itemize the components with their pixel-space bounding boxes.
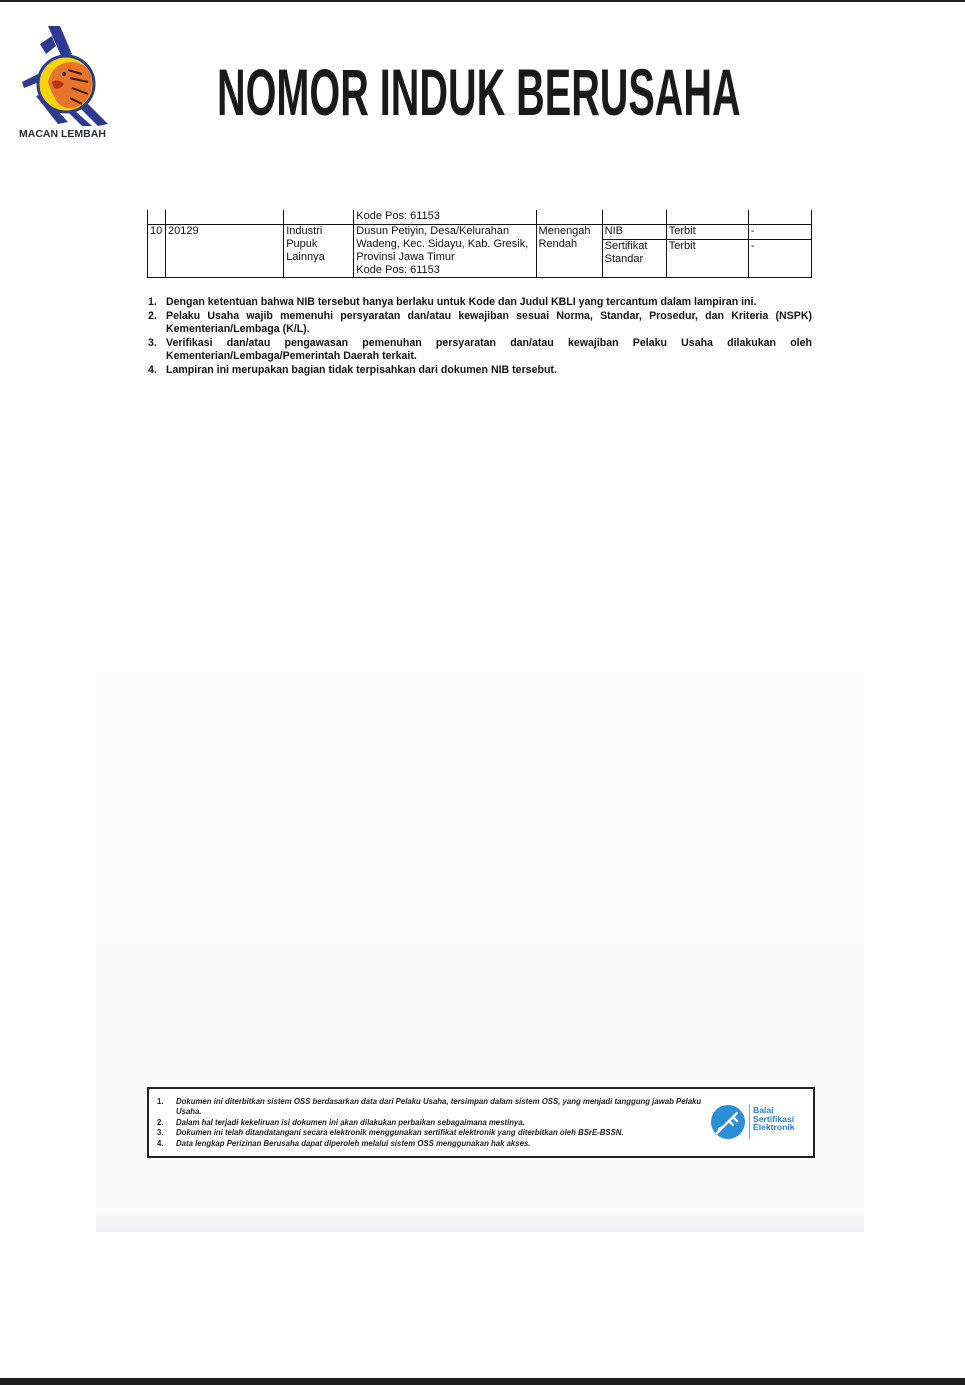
cell-risiko: Menengah Rendah (536, 225, 602, 278)
table-row-previous-tail: Kode Pos: 61153 (148, 210, 812, 225)
logo-caption: MACAN LEMBAH (19, 128, 106, 140)
cell-perizinan-keterangan: - (748, 225, 811, 240)
cell-perizinan-keterangan: - (748, 240, 811, 278)
note-item: 1. Dengan ketentuan bahwa NIB tersebut h… (148, 296, 812, 310)
footer-notes-list: 1.Dokumen ini diterbitkan sistem OSS ber… (157, 1097, 707, 1149)
cell-perizinan-status: Terbit (666, 225, 748, 240)
prev-postal-code: Kode Pos: 61153 (354, 210, 536, 225)
footer-note: 1.Dokumen ini diterbitkan sistem OSS ber… (157, 1097, 707, 1118)
bottom-border (0, 1378, 965, 1385)
note-item: 3. Verifikasi dan/atau pengawasan pemenu… (148, 337, 812, 351)
cell-judul: Industri Pupuk Lainnya (284, 225, 354, 278)
footer-disclaimer-box: 1.Dokumen ini diterbitkan sistem OSS ber… (147, 1087, 815, 1158)
bsre-logo: Balai Sertifikasi Elektronik (709, 1103, 809, 1143)
footer-note: 2.Dalam hal terjadi kekeliruan isi dokum… (157, 1118, 707, 1128)
page-title-container: NOMOR INDUK BERUSAHA (217, 58, 747, 126)
cell-kbli: 20129 (166, 225, 284, 278)
notes-list: 1. Dengan ketentuan bahwa NIB tersebut h… (148, 296, 812, 378)
top-border (0, 0, 965, 2)
cell-perizinan-status: Terbit (666, 240, 748, 278)
note-item-continuation: Kementerian/Lembaga (K/L). (148, 323, 812, 337)
note-item-continuation: Kementerian/Lembaga/Pemerintah Daerah te… (148, 350, 812, 364)
bsre-text: Balai Sertifikasi Elektronik (753, 1106, 795, 1132)
cell-perizinan-jenis: Sertifikat Standar (602, 240, 666, 278)
kbli-table: Kode Pos: 61153 10 20129 Industri Pupuk … (147, 210, 812, 278)
note-item: 4. Lampiran ini merupakan bagian tidak t… (148, 364, 812, 378)
tiger-emblem-icon (18, 24, 113, 134)
footer-note: 4.Data lengkap Perizinan Berusaha dapat … (157, 1139, 707, 1149)
cell-perizinan-jenis: NIB (602, 225, 666, 240)
cell-no: 10 (148, 225, 166, 278)
footer-note: 3.Dokumen ini telah ditandatangani secar… (157, 1128, 707, 1138)
bsre-emblem-icon (709, 1103, 747, 1141)
page-title: NOMOR INDUK BERUSAHA (217, 58, 741, 126)
cell-lokasi: Dusun Petiyin, Desa/Kelurahan Wadeng, Ke… (354, 225, 536, 278)
table-row: 10 20129 Industri Pupuk Lainnya Dusun Pe… (148, 225, 812, 240)
note-item: 2. Pelaku Usaha wajib memenuhi persyarat… (148, 310, 812, 324)
macan-lembah-logo (18, 24, 113, 144)
bsre-divider (749, 1105, 750, 1139)
page-edge-smudge (96, 1212, 864, 1232)
